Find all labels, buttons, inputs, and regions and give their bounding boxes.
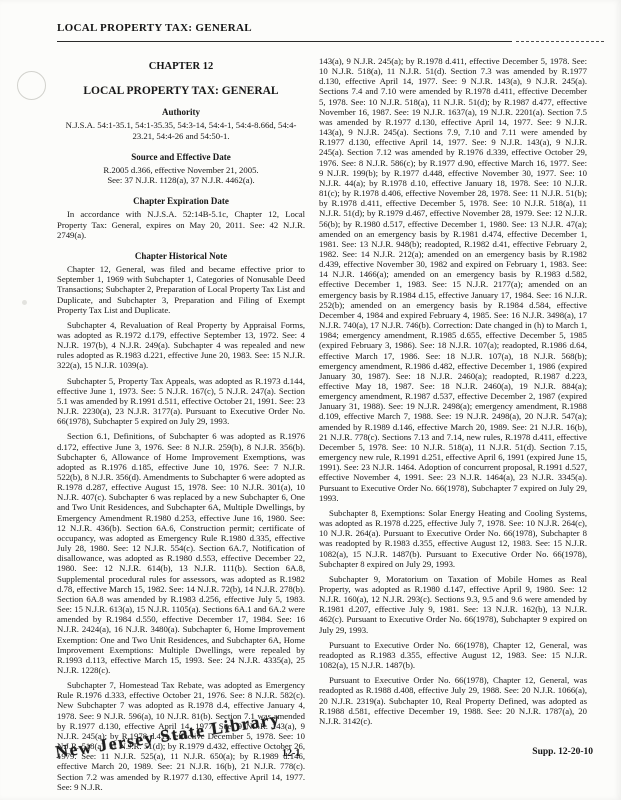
hole-punch-mark	[17, 71, 46, 100]
section-heading-historical-note: Chapter Historical Note	[57, 251, 305, 261]
header-rule-dashes	[516, 41, 604, 42]
chapter-title: LOCAL PROPERTY TAX: GENERAL	[57, 86, 305, 96]
paper-speck	[22, 300, 27, 305]
document-page: LOCAL PROPERTY TAX: GENERAL CHAPTER 12 L…	[0, 0, 621, 800]
header-rule	[57, 41, 512, 42]
historical-paragraph: Pursuant to Executive Order No. 66(1978)…	[319, 675, 587, 726]
historical-paragraph: Subchapter 8, Exemptions: Solar Energy H…	[319, 508, 587, 569]
page-number: 12-1	[282, 748, 300, 759]
chapter-number: CHAPTER 12	[57, 62, 305, 72]
historical-paragraph: Pursuant to Executive Order No. 66(1978)…	[319, 640, 587, 670]
supplement-date: Supp. 12-20-10	[532, 747, 593, 757]
left-column: CHAPTER 12 LOCAL PROPERTY TAX: GENERAL A…	[57, 58, 305, 792]
historical-paragraph: Chapter 12, General, was filed and becam…	[57, 264, 305, 315]
right-column: 143(a), 9 N.J.R. 245(a); by R.1978 d.411…	[319, 56, 587, 726]
historical-paragraph-continuation: 143(a), 9 N.J.R. 245(a); by R.1978 d.411…	[319, 56, 587, 503]
historical-paragraph: Subchapter 5, Property Tax Appeals, was …	[57, 376, 305, 427]
historical-paragraph: Section 6.1, Definitions, of Subchapter …	[57, 431, 305, 675]
source-line-1: R.2005 d.366, effective November 21, 200…	[57, 165, 305, 175]
historical-paragraph: Subchapter 4, Revaluation of Real Proper…	[57, 320, 305, 371]
section-heading-expiration: Chapter Expiration Date	[57, 196, 305, 206]
section-heading-authority: Authority	[57, 107, 305, 117]
source-line-2: See: 37 N.J.R. 1128(a), 37 N.J.R. 4462(a…	[57, 175, 305, 185]
authority-text: N.J.S.A. 54:1-35.1, 54:1-35.35, 54:3-14,…	[57, 120, 305, 140]
historical-paragraph: Subchapter 9, Moratorium on Taxation of …	[319, 574, 587, 635]
running-head-title: LOCAL PROPERTY TAX: GENERAL	[57, 22, 252, 34]
section-heading-source: Source and Effective Date	[57, 152, 305, 162]
expiration-text: In accordance with N.J.S.A. 52:14B-5.1c,…	[57, 209, 305, 239]
